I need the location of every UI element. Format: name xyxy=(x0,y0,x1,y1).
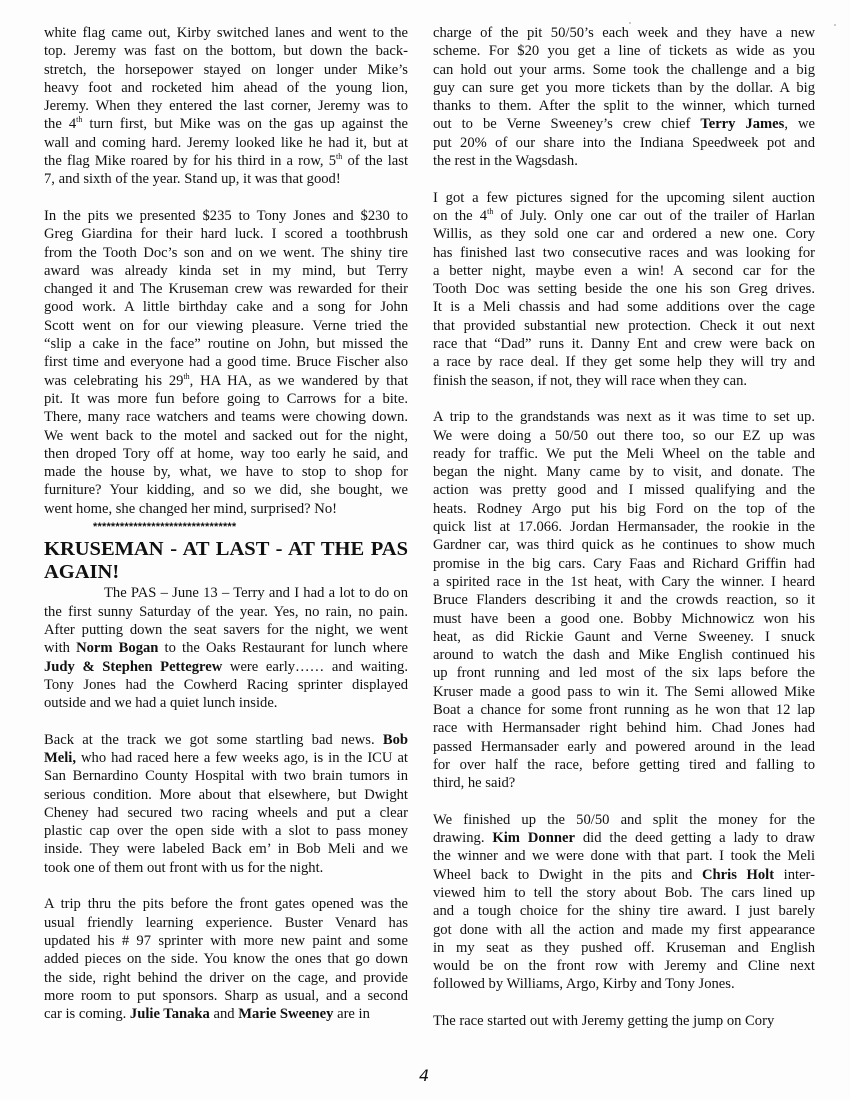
text-line: I got a few pictures signed for the upco… xyxy=(433,189,815,207)
text-line: race with Hermansader right behind him. … xyxy=(433,719,815,737)
text-line: Gardner car, was third quick as he conti… xyxy=(433,536,815,554)
text-line: viewed him to tell the story about Bob. … xyxy=(433,884,815,902)
ordinal-superscript: th xyxy=(183,372,189,381)
text-line: good work. A little birthday cake and a … xyxy=(44,298,408,316)
text-line: car is coming. Julie Tanaka and Marie Sw… xyxy=(44,1005,408,1023)
text-line: “slip a cake in the face” routine on Joh… xyxy=(44,335,408,353)
text-line: Scott went on for our viewing pleasure. … xyxy=(44,317,408,335)
text-line: went home, she changed her mind, surpris… xyxy=(44,500,408,518)
text-line: serious condition. More about that elsew… xyxy=(44,786,408,804)
text-line: Cheney had secured two racing wheels and… xyxy=(44,804,408,822)
text-line: guy can sure get you more tickets than b… xyxy=(433,79,815,97)
text-line: Back at the track we got some startling … xyxy=(44,731,408,749)
text-line: would be on the front row with Jeremy an… xyxy=(433,957,815,975)
text-line: a spirited race in the 1st heat, with Ca… xyxy=(433,573,815,591)
text-line: in my seat as they pushed off. Kruseman … xyxy=(433,939,815,957)
text-line: The PAS – June 13 – Terry and I had a lo… xyxy=(44,584,408,602)
text-line: the winner and we were done with that pa… xyxy=(433,847,815,865)
text-line: We were doing a 50/50 out there too, so … xyxy=(433,427,815,445)
text-line: plastic cap over the open side with a sl… xyxy=(44,822,408,840)
text-line: In the pits we presented $235 to Tony Jo… xyxy=(44,207,408,225)
text-line: Bruce Flanders describing it and the cro… xyxy=(433,591,815,609)
ordinal-superscript: th xyxy=(487,207,493,216)
text-line: third, he said? xyxy=(433,774,815,792)
text-line: out to be Verne Sweeney’s crew chief Ter… xyxy=(433,115,815,133)
left-column: white flag came out, Kirby switched lane… xyxy=(44,24,408,1042)
paragraph-article-intro: The PAS – June 13 – Terry and I had a lo… xyxy=(44,584,408,712)
text-line: top. Jeremy was fast on the bottom, but … xyxy=(44,42,408,60)
text-line: can hold out your arms. Some took the ch… xyxy=(433,61,815,79)
text-line: first time and everyone had a good time.… xyxy=(44,353,408,371)
text-line: a better night, maybe even a win! A seco… xyxy=(433,262,815,280)
bold-name: Bob xyxy=(383,732,408,748)
paragraph-pit-5050: charge of the pit 50/50’s each week and … xyxy=(433,24,815,170)
bold-name: Kim Donner xyxy=(492,830,575,846)
text-line: Wheel back to Dwight in the pits and Chr… xyxy=(433,866,815,884)
text-line: ready for traffic. We put the Meli Wheel… xyxy=(433,445,815,463)
text-line: San Bernardino County Hospital with two … xyxy=(44,767,408,785)
text-line: took one of them out front with us for t… xyxy=(44,859,408,877)
text-line: The race started out with Jeremy getting… xyxy=(433,1012,815,1030)
text-line: a race by race deal. If they get some he… xyxy=(433,353,815,371)
text-line: 7, and sixth of the year. Stand up, it w… xyxy=(44,170,408,188)
text-line: There, many race watchers and teams were… xyxy=(44,408,408,426)
text-line: It is a Meli chassis and had some additi… xyxy=(433,298,815,316)
text-line: more room to put sponsors. Sharp as usua… xyxy=(44,987,408,1005)
paragraph-drawing: We finished up the 50/50 and split the m… xyxy=(433,811,815,994)
text-line: on the 4th of July. Only one car out of … xyxy=(433,207,815,225)
text-line: began the night. Many came by to visit, … xyxy=(433,463,815,481)
text-line: award was already kinda set in my mind, … xyxy=(44,262,408,280)
text-line: around to watch the dash and Mike Englis… xyxy=(433,646,815,664)
heading-line: AGAIN! xyxy=(44,561,408,584)
text-line: race that “Dad” runs it. Danny Ent and c… xyxy=(433,335,815,353)
text-line: thanks to them. After the split to the w… xyxy=(433,97,815,115)
text-line: Tony Jones had the Cowherd Racing sprint… xyxy=(44,676,408,694)
text-line: We finished up the 50/50 and split the m… xyxy=(433,811,815,829)
text-line: Meli, who had raced here a few weeks ago… xyxy=(44,749,408,767)
text-line: furniture? Your kidding, and so we did, … xyxy=(44,481,408,499)
text-line: and a tough choice for the shiny tire aw… xyxy=(433,902,815,920)
text-line: heavy foot and rocketed him ahead of the… xyxy=(44,79,408,97)
text-line: stretch, the horsepower stayed on longer… xyxy=(44,61,408,79)
text-line: followed by Williams, Argo, Kirby and To… xyxy=(433,975,815,993)
text-line: that provided substantial new protection… xyxy=(433,317,815,335)
text-line: put 20% of our share into the Indiana Sp… xyxy=(433,134,815,152)
heading-line: KRUSEMAN - AT LAST - AT THE PAS xyxy=(44,538,408,561)
bold-name: Terry James xyxy=(700,116,784,132)
text-line: for over half the race, before getting t… xyxy=(433,756,815,774)
text-line: A trip to the grandstands was next as it… xyxy=(433,408,815,426)
text-line: scheme. For $20 you get a line of ticket… xyxy=(433,42,815,60)
text-line: from the Tooth Doc’s son and on we went.… xyxy=(44,244,408,262)
text-line: the side, right behind the driver on the… xyxy=(44,969,408,987)
text-line: the first sunny Saturday of the year. Ye… xyxy=(44,603,408,621)
newsletter-page: white flag came out, Kirby switched lane… xyxy=(0,0,850,1100)
text-line: usual friendly learning experience. Bust… xyxy=(44,914,408,932)
text-line: finish the season, if not, they will rac… xyxy=(433,372,815,390)
text-line: the flag Mike roared by for his third in… xyxy=(44,152,408,170)
text-line: white flag came out, Kirby switched lane… xyxy=(44,24,408,42)
text-line: A trip thru the pits before the front ga… xyxy=(44,895,408,913)
paragraph-bad-news: Back at the track we got some startling … xyxy=(44,731,408,877)
paragraph-grandstands: A trip to the grandstands was next as it… xyxy=(433,408,815,792)
article-heading: KRUSEMAN - AT LAST - AT THE PASAGAIN! xyxy=(44,538,408,584)
paragraph-race-finish: white flag came out, Kirby switched lane… xyxy=(44,24,408,189)
scan-speck xyxy=(834,24,836,26)
text-line: the 4th turn first, but Mike was on the … xyxy=(44,115,408,133)
page-number: 4 xyxy=(419,1066,429,1085)
text-line: the rest in the Wagsdash. xyxy=(433,152,815,170)
text-line: added pieces on the side. You know the o… xyxy=(44,950,408,968)
section-separator: ******************************** xyxy=(93,520,408,534)
paragraph-pit-trip: A trip thru the pits before the front ga… xyxy=(44,895,408,1023)
text-line: Jeremy. When they entered the last corne… xyxy=(44,97,408,115)
text-line: We went back to the motel and sacked out… xyxy=(44,427,408,445)
ordinal-superscript: th xyxy=(76,115,82,124)
text-line: Willis, as they sold one car and ordered… xyxy=(433,225,815,243)
text-line: was celebrating his 29th, HA HA, as we w… xyxy=(44,372,408,390)
text-line: passed Hermansader early and powered aro… xyxy=(433,738,815,756)
text-line: Kruser made a good pass to win it. The S… xyxy=(433,683,815,701)
text-line: quick list at 17.066. Jordan Hermansader… xyxy=(433,518,815,536)
paragraph-silent-auction: I got a few pictures signed for the upco… xyxy=(433,189,815,390)
text-line: action was pretty good and I missed qual… xyxy=(433,481,815,499)
text-line: charge of the pit 50/50’s each week and … xyxy=(433,24,815,42)
text-line: drawing. Kim Donner did the deed getting… xyxy=(433,829,815,847)
text-line: made the house by, what, we have to stop… xyxy=(44,463,408,481)
text-line: Judy & Stephen Pettegrew were early…… an… xyxy=(44,658,408,676)
text-line: Boat a chance for some front running as … xyxy=(433,701,815,719)
text-line: heat, as did Rickie Gaunt and Verne Swee… xyxy=(433,628,815,646)
right-column: charge of the pit 50/50’s each week and … xyxy=(433,24,815,1049)
paragraph-race-start: The race started out with Jeremy getting… xyxy=(433,1012,815,1030)
text-line: got done with all the action and made my… xyxy=(433,921,815,939)
bold-name: Chris Holt xyxy=(702,867,774,883)
text-line: updated his # 97 sprinter with more new … xyxy=(44,932,408,950)
bold-name: Julie Tanaka xyxy=(130,1006,210,1022)
text-line: must have been a good one. Bobby Michnow… xyxy=(433,610,815,628)
text-line: promise in the big cars. Cary Faas and R… xyxy=(433,555,815,573)
bold-name: Meli, xyxy=(44,750,76,766)
text-line: then droped Tory off at home, way too ea… xyxy=(44,445,408,463)
text-line: inside. They were labeled Back em’ in Bo… xyxy=(44,840,408,858)
text-line: wall and coming hard. Jeremy looked like… xyxy=(44,134,408,152)
text-line: up front running and led most of the six… xyxy=(433,664,815,682)
text-line: Tooth Doc was setting beside the one his… xyxy=(433,280,815,298)
text-line: with Norm Bogan to the Oaks Restaurant f… xyxy=(44,639,408,657)
text-line: changed it and The Kruseman crew was rew… xyxy=(44,280,408,298)
scan-speck xyxy=(629,22,631,24)
ordinal-superscript: th xyxy=(336,152,342,161)
bold-name: Judy & Stephen Pettegrew xyxy=(44,659,222,675)
paragraph-pits-awards: In the pits we presented $235 to Tony Jo… xyxy=(44,207,408,518)
text-line: pit. It was more fun before going to Car… xyxy=(44,390,408,408)
text-line: outside and we had a quiet lunch inside. xyxy=(44,694,408,712)
text-line: Greg Giardina for their hard luck. I sco… xyxy=(44,225,408,243)
bold-name: Norm Bogan xyxy=(76,640,158,656)
bold-name: Marie Sweeney xyxy=(238,1006,333,1022)
text-line: heats. Rodney Argo put his big Ford on t… xyxy=(433,500,815,518)
text-line: After putting down the seat savers for t… xyxy=(44,621,408,639)
text-line: has finished last two consecutive races … xyxy=(433,244,815,262)
